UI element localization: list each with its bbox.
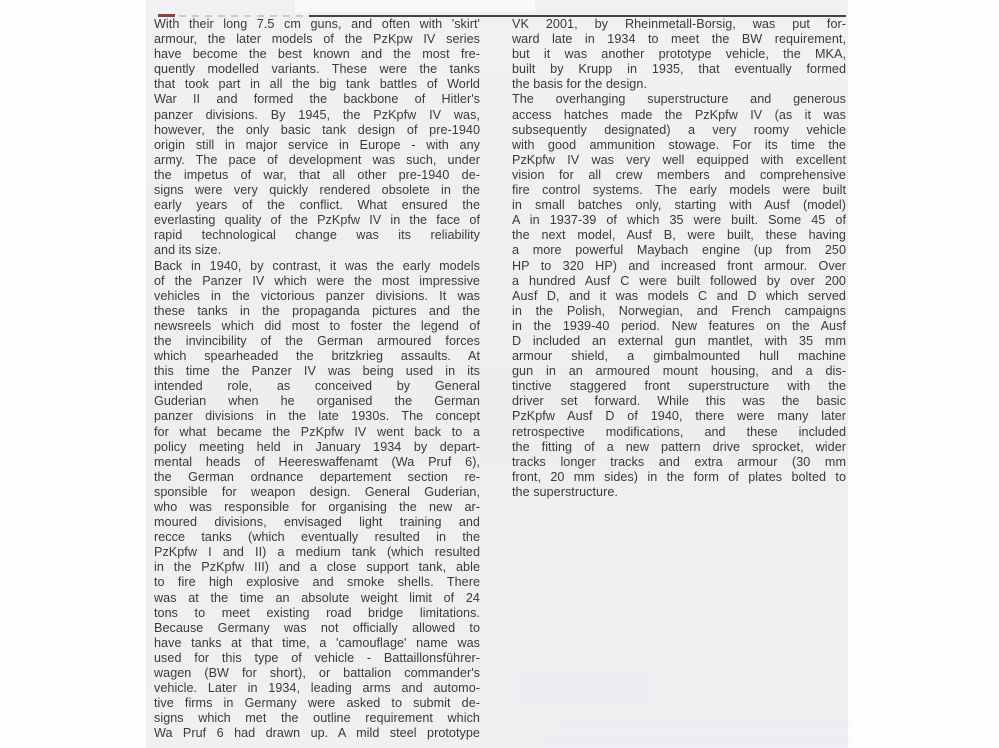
bleed-through-artifact	[560, 718, 848, 727]
text-line: Wa Pruf 6 had drawn up. A mild steel pro…	[154, 726, 480, 741]
text-line: wagen (BW for short), or battalion comma…	[154, 666, 480, 681]
text-line: panzer divisions in the late 1930s. The …	[154, 409, 480, 424]
text-line: Guderian when he organised the German	[154, 394, 480, 409]
text-column-right: VK 2001, by Rheinmetall-Borsig, was put …	[512, 17, 846, 500]
text-line: armour shield, a gimbalmounted hull mach…	[512, 349, 846, 364]
text-line: subsequently designated) a very roomy ve…	[512, 123, 846, 138]
text-line: policy meeting held in January 1934 by d…	[154, 440, 480, 455]
text-line: the fitting of a new pattern drive sproc…	[512, 440, 846, 455]
text-line: who was responsible for organising the n…	[154, 500, 480, 515]
text-line: used for this type of vehicle - Battaill…	[154, 651, 480, 666]
text-line: for what became the PzKpfw IV went back …	[154, 425, 480, 440]
text-line: tinctive staggered front superstructure …	[512, 379, 846, 394]
text-line: have tanks at that time, a 'camouflage' …	[154, 636, 480, 651]
text-line: quently modelled variants. These were th…	[154, 62, 480, 77]
text-line: mental heads of Heereswaffenamt (Wa Pruf…	[154, 455, 480, 470]
text-line: PzKpfw IV was very well equipped with ex…	[512, 153, 846, 168]
text-line: was at the time an absolute weight limit…	[154, 591, 480, 606]
text-line: but it was another prototype vehicle, th…	[512, 47, 846, 62]
text-line: the impetus of war, that all other pre-1…	[154, 168, 480, 183]
text-line: retrospective modifications, and these i…	[512, 425, 846, 440]
text-line: tive firms in Germany were asked to subm…	[154, 696, 480, 711]
text-line: Ausf D, and it was models C and D which …	[512, 289, 846, 304]
text-line: signs were very quickly rendered obsolet…	[154, 183, 480, 198]
text-line: tracks longer tracks and extra armour (3…	[512, 455, 846, 470]
text-line: which spearheaded the britzkrieg assault…	[154, 349, 480, 364]
text-line: ward late in 1934 to meet the BW require…	[512, 32, 846, 47]
text-line: a more powerful Maybach engine (up from …	[512, 243, 846, 258]
text-line: however, the only basic tank design of p…	[154, 123, 480, 138]
text-line: origin still in major service in Europe …	[154, 138, 480, 153]
text-line: everlasting quality of the PzKpfw IV in …	[154, 213, 480, 228]
text-line: armour, the later models of the PzKpw IV…	[154, 32, 480, 47]
text-line: Because Germany was not officially allow…	[154, 621, 480, 636]
text-line: to fire high explosive and smoke shells.…	[154, 575, 480, 590]
bleed-through-artifact	[545, 734, 848, 743]
text-line: War II and formed the backbone of Hitler…	[154, 92, 480, 107]
text-line: of the Panzer IV which were the most imp…	[154, 274, 480, 289]
text-line: the German ordnance departement section …	[154, 470, 480, 485]
text-line: that took part in all the big tank battl…	[154, 77, 480, 92]
text-line: fire control systems. The early models w…	[512, 183, 846, 198]
text-line: the next model, Ausf B, were built, thes…	[512, 228, 846, 243]
text-line: front, 20 mm sides) in the form of plate…	[512, 470, 846, 485]
text-line: the invincibility of the German armoured…	[154, 334, 480, 349]
text-line: in the PzKpfw III) and a close support t…	[154, 560, 480, 575]
text-line: have become the best known and the most …	[154, 47, 480, 62]
text-line: vision for all crew members and comprehe…	[512, 168, 846, 183]
text-line: in small batches only, starting with Aus…	[512, 198, 846, 213]
text-line: a hundred Ausf C were built followed by …	[512, 274, 846, 289]
text-line: built by Krupp in 1935, that eventually …	[512, 62, 846, 77]
text-line: this time the Panzer IV was being used i…	[154, 364, 480, 379]
scanned-book-page: With their long 7.5 cm guns, and often w…	[0, 0, 999, 748]
text-line: rapid technological change was its relia…	[154, 228, 480, 243]
text-line: signs which met the outline requirement …	[154, 711, 480, 726]
text-line: early years of the conflict. What ensure…	[154, 198, 480, 213]
text-line: moured divisions, envisaged light traini…	[154, 515, 480, 530]
text-line: with good ammunition stowage. For its ti…	[512, 138, 846, 153]
text-line: D included an external gun mantlet, with…	[512, 334, 846, 349]
text-line: in the 1939-40 period. New features on t…	[512, 319, 846, 334]
text-line: HP to 320 HP) and increased front armour…	[512, 259, 846, 274]
text-line: driver set forward. While this was the b…	[512, 394, 846, 409]
text-line: the basis for the design.	[512, 77, 846, 92]
text-line: panzer divisions. By 1945, the PzKpfw IV…	[154, 108, 480, 123]
scan-light-patch	[295, 0, 535, 12]
text-line: gun in an armoured mount housing, and a …	[512, 364, 846, 379]
text-line: PzKpfw I and II) a medium tank (which re…	[154, 545, 480, 560]
bleed-through-artifact	[516, 672, 648, 704]
text-line: vehicles in the victorious panzer divisi…	[154, 289, 480, 304]
text-line: recce tanks (which eventually resulted i…	[154, 530, 480, 545]
text-line: and its size.	[154, 243, 480, 258]
text-line: A in 1937-39 of which 35 were built. Som…	[512, 213, 846, 228]
text-line: sponsible for weapon design. General Gud…	[154, 485, 480, 500]
text-line: in the Polish, Norwegian, and French cam…	[512, 304, 846, 319]
text-line: tons to meet existing road bridge limita…	[154, 606, 480, 621]
text-line: access hatches made the PzKpfw IV (as it…	[512, 108, 846, 123]
text-line: army. The pace of development was such, …	[154, 153, 480, 168]
text-line: The overhanging superstructure and gener…	[512, 92, 846, 107]
text-line: Back in 1940, by contrast, it was the ea…	[154, 259, 480, 274]
text-line: PzKpfw Ausf D of 1940, there were many l…	[512, 409, 846, 424]
text-line: these tanks in the propaganda pictures a…	[154, 304, 480, 319]
text-line: vehicle. Later in 1934, leading arms and…	[154, 681, 480, 696]
text-line: the superstructure.	[512, 485, 846, 500]
text-line: newsreels which did most to foster the l…	[154, 319, 480, 334]
text-column-left: With their long 7.5 cm guns, and often w…	[154, 17, 480, 742]
text-line: intended role, as conceived by General	[154, 379, 480, 394]
text-line: VK 2001, by Rheinmetall-Borsig, was put …	[512, 17, 846, 32]
text-line: With their long 7.5 cm guns, and often w…	[154, 17, 480, 32]
